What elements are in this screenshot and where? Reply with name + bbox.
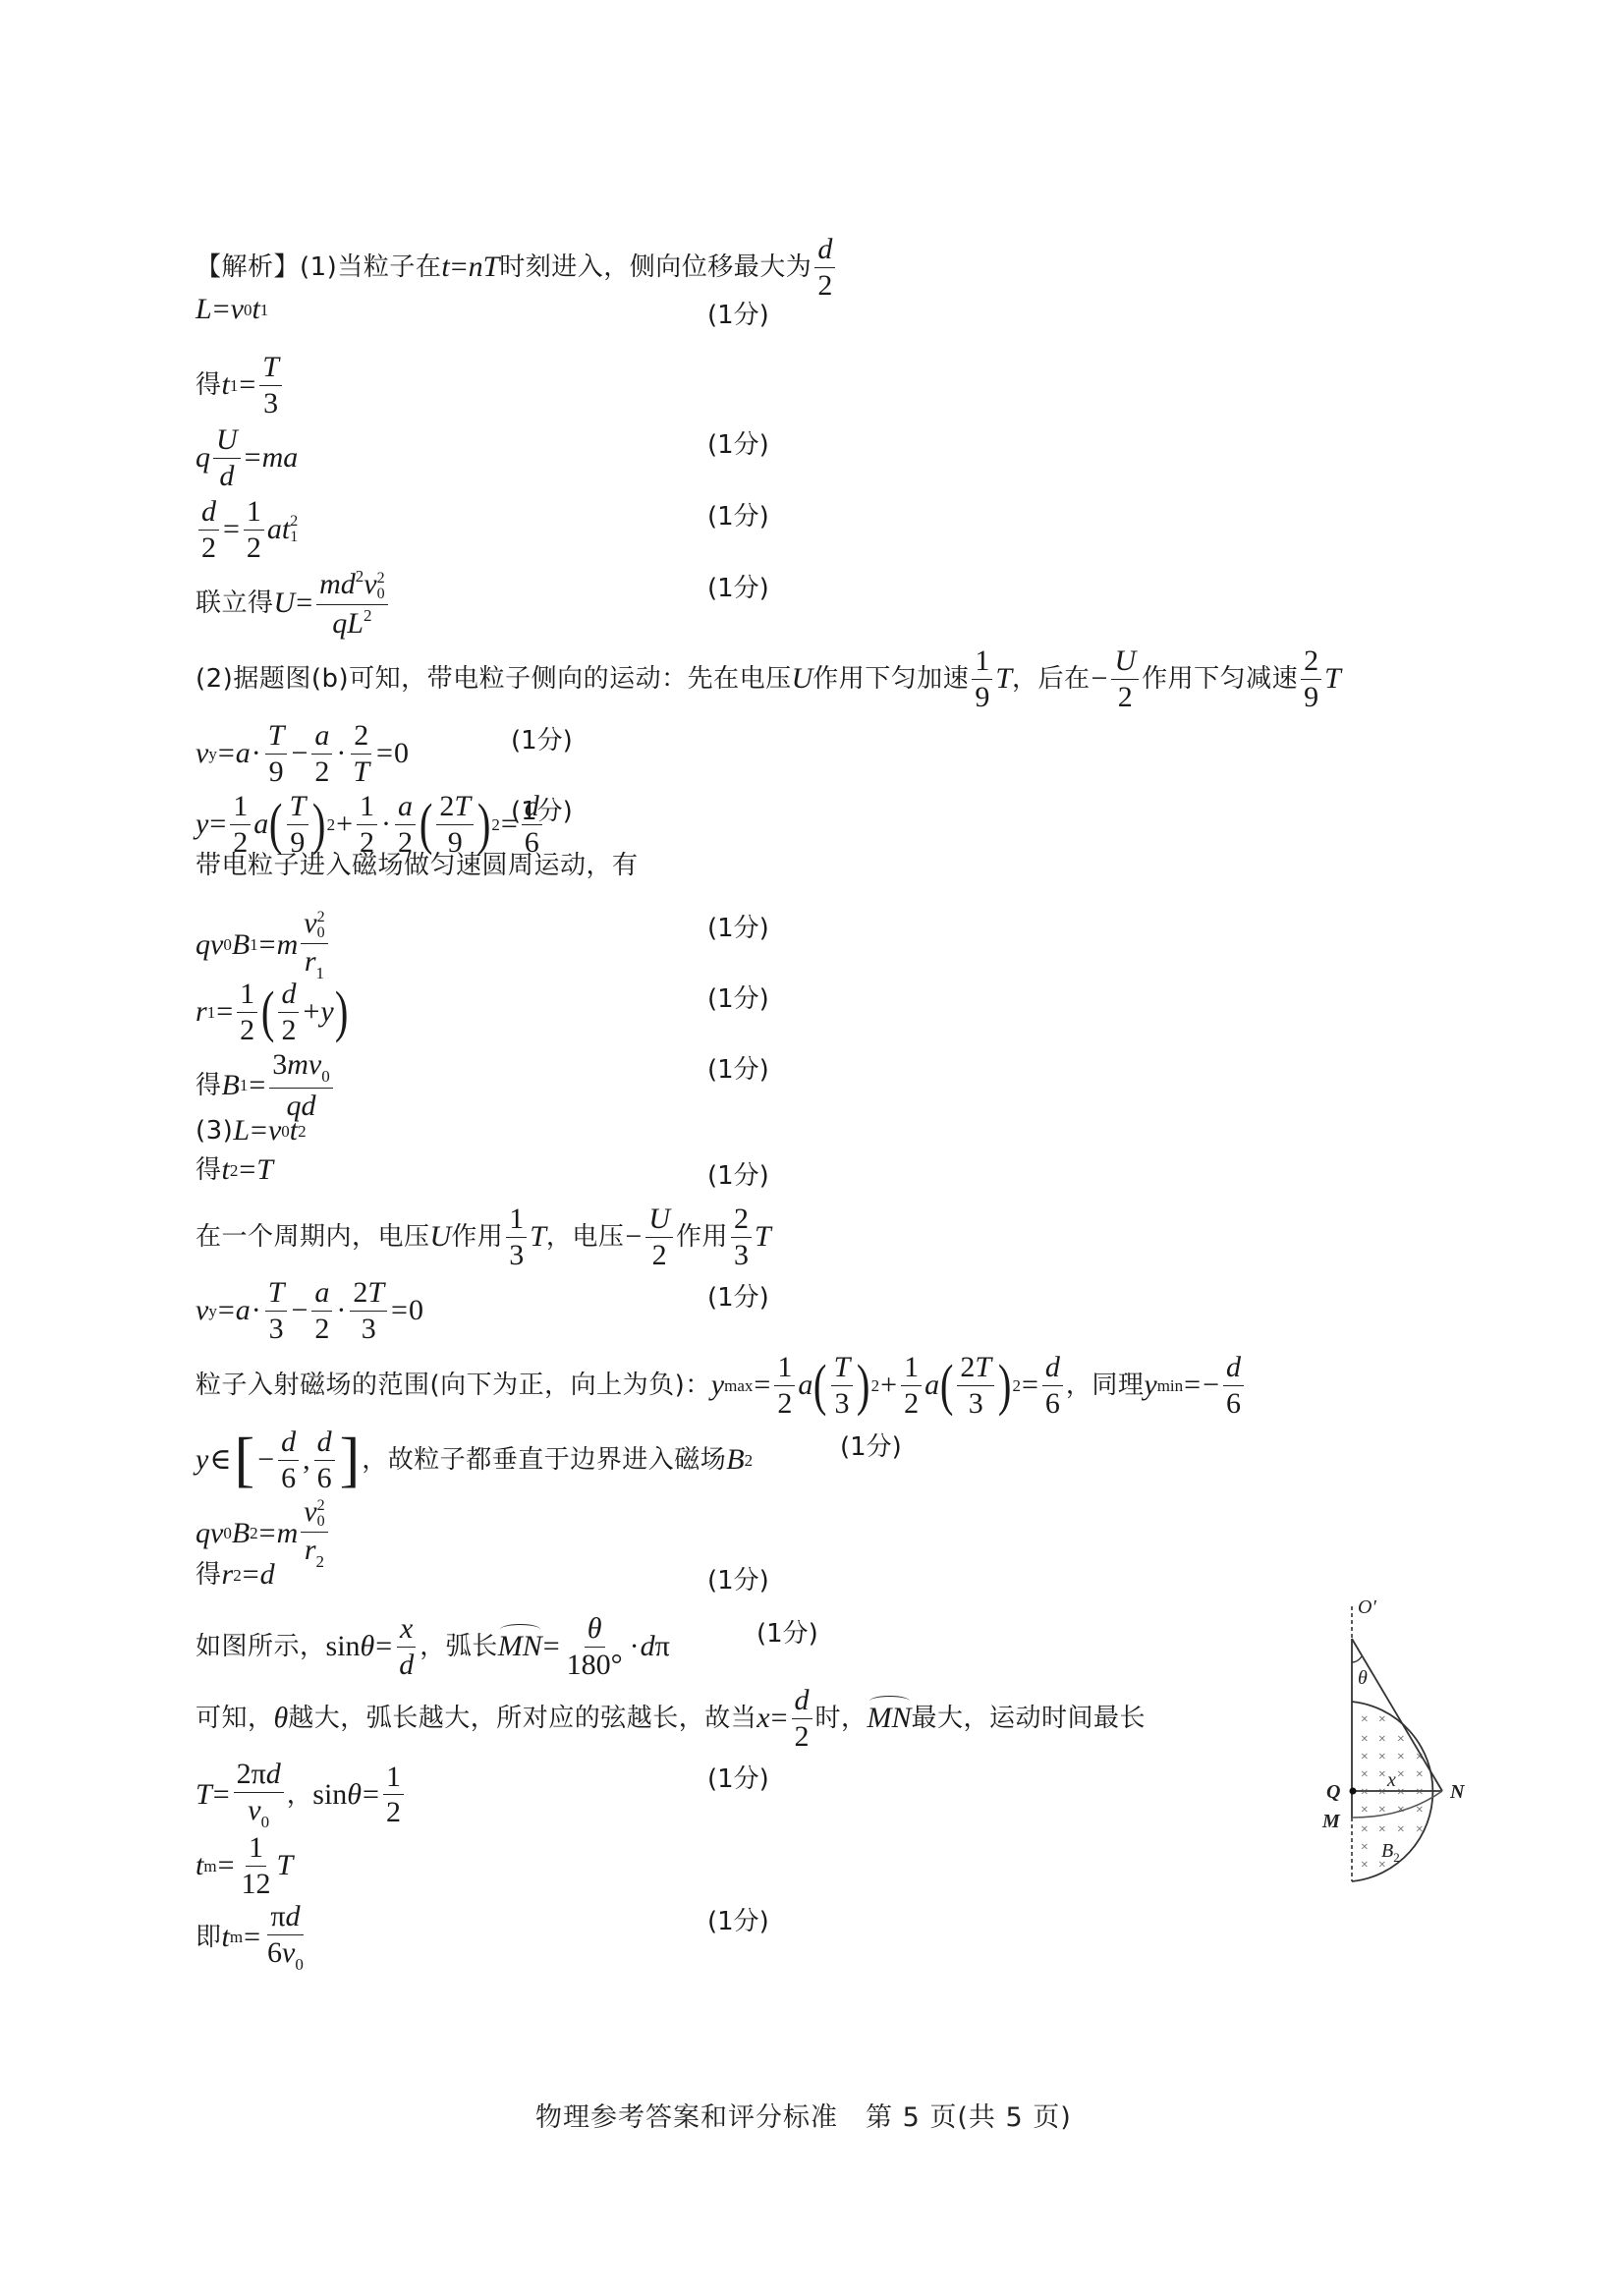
field-into-page-icon: ×: [1360, 1840, 1369, 1855]
field-into-page-icon: ×: [1360, 1732, 1369, 1747]
math-variable: m: [277, 1519, 299, 1548]
math-variable: v: [248, 1794, 260, 1826]
text: 得: [196, 1073, 222, 1098]
solution-line: L=v0t1: [196, 295, 268, 324]
sup-sub: 20: [317, 910, 325, 941]
math-variable: θ: [361, 1632, 375, 1661]
fraction: d6: [1042, 1352, 1063, 1419]
math-operator: ·: [630, 1632, 640, 1661]
math-variable: U: [274, 588, 296, 618]
numerator: T: [259, 352, 282, 386]
math-number: 0: [394, 739, 409, 768]
solution-line: qv0B1=mv20r1: [196, 908, 331, 981]
parenthesis: ): [857, 1357, 870, 1414]
subscript: 1: [207, 1004, 216, 1021]
math-operator: =: [391, 1296, 408, 1325]
denominator: 3: [266, 1312, 287, 1345]
solution-line: 如图所示，sinθ=xd，弧长MN=θ180°·dπ: [196, 1613, 670, 1680]
denominator: 3: [832, 1386, 853, 1420]
math-variable: d: [399, 1649, 414, 1681]
math-variable: d: [1045, 1351, 1060, 1383]
field-into-page-icon: ×: [1396, 1732, 1405, 1747]
math-variable: nT: [469, 252, 500, 282]
field-into-page-icon: ×: [1415, 1822, 1424, 1837]
subscript: 2: [230, 1162, 239, 1179]
fraction: 112: [239, 1832, 274, 1899]
text: 即: [196, 1925, 222, 1950]
solution-line: tm=112T: [196, 1832, 293, 1899]
denominator: 2: [792, 1719, 812, 1753]
math-number: 12: [242, 1868, 271, 1900]
text: 时刻进入，侧向位移最大为: [499, 254, 812, 280]
subscript: 1: [250, 936, 258, 953]
solution-line: 联立得 U=md2v20qL2: [196, 568, 391, 639]
text: 得: [196, 1157, 222, 1183]
math-variable: t: [290, 1116, 298, 1146]
math-variable: a: [253, 810, 268, 839]
text: 在一个周期内，电压: [196, 1224, 430, 1250]
fraction: πd6v0: [264, 1901, 307, 1973]
subscript: min: [1157, 1377, 1183, 1394]
field-into-page-icon: ×: [1377, 1732, 1386, 1747]
denominator: 2: [311, 1312, 332, 1345]
denominator: 3: [966, 1386, 986, 1420]
math-number: 1: [247, 495, 261, 528]
fraction: a2: [311, 720, 332, 787]
subscript: 0: [317, 925, 325, 941]
field-into-page-icon: ×: [1360, 1785, 1369, 1800]
math-number: 2: [1304, 644, 1318, 677]
sup-sub: 20: [317, 1498, 325, 1530]
field-into-page-icon: ×: [1396, 1822, 1405, 1837]
math-number: 2: [1118, 681, 1133, 713]
numerator: 3mv0: [269, 1049, 332, 1089]
math-variable: d: [317, 1426, 332, 1458]
field-into-page-icon: ×: [1360, 1750, 1369, 1764]
fraction: v20r1: [301, 908, 327, 981]
numerator: a: [395, 791, 416, 825]
math-number: π: [655, 1632, 670, 1661]
text: 如图所示，: [196, 1634, 326, 1659]
numerator: 2T: [350, 1277, 387, 1312]
fraction: d2: [278, 979, 299, 1045]
math-variable: T: [268, 1276, 285, 1309]
math-number: 9: [269, 756, 284, 788]
denominator: 2: [237, 1013, 257, 1046]
math-number: π: [270, 1900, 285, 1932]
math-operator: ·: [336, 1296, 346, 1325]
numerator: 2πd: [234, 1759, 284, 1793]
math-variable: B: [222, 1071, 240, 1100]
fraction: 2πdv0: [234, 1759, 284, 1830]
text: 【解析】(1)当粒子在: [196, 254, 441, 280]
text: (2)据题图(b)可知，带电粒子侧向的运动：先在电压: [196, 666, 792, 692]
math-operator: =: [243, 1560, 259, 1590]
score-mark: (1分): [707, 295, 769, 331]
numerator: T: [287, 791, 309, 825]
denominator: 2: [1115, 680, 1136, 713]
math-number: 2: [201, 532, 216, 564]
math-variable: θ: [274, 1704, 289, 1733]
text: 联立得: [196, 590, 274, 616]
superscript: 2: [317, 1498, 325, 1514]
subscript: 2: [298, 1123, 307, 1140]
fraction: 29: [1301, 645, 1321, 712]
math-variable: a: [924, 1371, 939, 1400]
superscript: 2: [356, 567, 364, 586]
math-number: 1: [249, 1831, 263, 1864]
math-variable: U: [792, 664, 813, 694]
math-number: 1: [233, 790, 248, 822]
field-into-page-icon: ×: [1377, 1712, 1386, 1727]
score-mark: (1分): [707, 496, 769, 532]
math-operator: =: [213, 295, 230, 324]
math-variable: y: [711, 1371, 724, 1400]
label-m: M: [1321, 1811, 1341, 1832]
numerator: 2: [351, 720, 371, 755]
math-variable: m: [277, 930, 299, 960]
solution-line: qUd=ma: [196, 424, 298, 491]
math-operator: =: [245, 443, 261, 473]
math-number: 2π: [237, 1758, 266, 1790]
math-variable: T: [367, 1276, 384, 1309]
superscript: 2: [1012, 1377, 1021, 1394]
solution-line: y∈[−d6,d6]，故粒子都垂直于边界进入磁场 B2: [196, 1427, 753, 1493]
subscript: 2: [745, 1452, 754, 1469]
math-number: 1: [509, 1203, 524, 1235]
math-variable: a: [798, 1371, 812, 1400]
numerator: d: [198, 496, 219, 531]
numerator: 1: [972, 645, 992, 680]
text: (3): [196, 1118, 233, 1144]
text: 作用下匀减速: [1142, 666, 1298, 692]
text: ，: [287, 1782, 313, 1808]
field-into-page-icon: ×: [1396, 1750, 1405, 1764]
math-variable: a: [236, 1296, 251, 1325]
field-into-page-icon: ×: [1396, 1767, 1405, 1782]
math-operator: =: [754, 1371, 770, 1400]
math-variable: ma: [262, 443, 299, 473]
denominator: qL2: [329, 605, 374, 640]
math-operator: =: [451, 252, 468, 282]
parenthesis: (: [269, 796, 283, 853]
math-number: 9: [1304, 681, 1318, 713]
math-variable: T: [277, 1851, 294, 1880]
math-variable: d: [219, 460, 234, 492]
subscript: 0: [321, 1067, 330, 1086]
field-into-page-icon: ×: [1415, 1750, 1424, 1764]
math-number: 2: [904, 1387, 919, 1420]
math-operator: −: [1203, 1371, 1219, 1400]
solution-line: vy=a·T3−a2·2T3=0: [196, 1277, 423, 1344]
fraction: md2v20qL2: [316, 568, 388, 639]
subscript: y: [208, 1303, 217, 1319]
text: ，后在: [1012, 666, 1091, 692]
math-operator: ·: [252, 1296, 261, 1325]
fraction: θ180°: [564, 1613, 626, 1680]
fraction: 2T9: [436, 791, 474, 858]
math-number: 2: [734, 1203, 749, 1235]
math-variable: B: [232, 930, 250, 960]
numerator: U: [645, 1203, 673, 1238]
math-number: 2: [817, 269, 832, 302]
semicircle-field-figure: ×××××××××××××××××××××××××××× O′ θ Q M N …: [1297, 1592, 1493, 1916]
math-variable: a: [314, 1276, 329, 1309]
label-x: x: [1386, 1769, 1396, 1791]
field-into-page-icon: ×: [1396, 1785, 1405, 1800]
text: 得: [196, 1562, 222, 1588]
math-operator: −: [291, 739, 308, 768]
score-mark: (1分): [756, 1613, 818, 1650]
subscript: 0: [261, 1813, 270, 1831]
subscript: y: [208, 746, 217, 762]
superscript: 2: [377, 571, 385, 587]
math-number: 9: [975, 681, 989, 713]
math-operator: =: [376, 739, 393, 768]
numerator: md2v20: [316, 568, 388, 605]
math-variable: θ: [588, 1612, 602, 1645]
denominator: 2: [774, 1386, 795, 1420]
math-variable: d: [281, 978, 296, 1010]
denominator: 6: [1042, 1386, 1063, 1420]
math-variable: q: [196, 443, 210, 473]
field-into-page-icon: ×: [1396, 1803, 1405, 1818]
text: 最大，运动时间最长: [912, 1706, 1147, 1731]
subscript: 0: [244, 302, 252, 318]
numerator: 2: [731, 1203, 752, 1238]
numerator: v20: [301, 908, 327, 944]
denominator: r1: [302, 944, 327, 982]
math-operator: =: [1184, 1371, 1201, 1400]
numerator: 1: [230, 791, 251, 825]
numerator: x: [397, 1613, 416, 1648]
denominator: 6v0: [264, 1935, 307, 1974]
math-number: 3: [362, 1313, 376, 1345]
math-variable: v: [282, 1936, 295, 1969]
math-variable: d: [260, 1560, 275, 1590]
math-variable: t: [252, 295, 259, 324]
solution-line: 粒子入射磁场的范围(向下为正，向上为负)：ymax=12a(T3)2+12a(2…: [196, 1352, 1247, 1419]
subscript: 2: [316, 1552, 325, 1571]
score-mark: (1分): [707, 1901, 769, 1937]
fraction: 12: [237, 979, 257, 1045]
numerator: d: [278, 979, 299, 1013]
subscript: 1: [230, 377, 239, 394]
denominator: 2: [244, 531, 264, 564]
fraction: U2: [645, 1203, 673, 1270]
math-variable: d: [281, 1426, 296, 1458]
solution-line: 得 B1=3mv0qd: [196, 1049, 336, 1121]
solution-line: vy=a·T9−a2·2T=0: [196, 720, 409, 787]
math-variable: y: [196, 1445, 208, 1475]
field-into-page-icon: ×: [1360, 1712, 1369, 1727]
fraction: 12: [244, 496, 264, 563]
score-mark: (1分): [707, 568, 769, 604]
math-number: 3: [835, 1387, 850, 1420]
fraction: a2: [311, 1277, 332, 1344]
math-number: 1: [360, 790, 374, 822]
denominator: r2: [302, 1533, 327, 1571]
text: ，电压: [546, 1224, 625, 1250]
text: 作用下匀加速: [812, 666, 969, 692]
solution-line: T=2πdv0，sinθ=12: [196, 1759, 407, 1830]
math-operator: =: [218, 739, 235, 768]
numerator: a: [311, 1277, 332, 1312]
superscript: 2: [290, 514, 298, 530]
parenthesis: ): [312, 796, 326, 853]
math-variable: v: [304, 907, 316, 939]
denominator: 3: [359, 1312, 379, 1345]
math-variable: T: [454, 790, 471, 822]
math-number: 0: [409, 1296, 423, 1325]
subscript: 0: [295, 1955, 304, 1974]
parenthesis: ): [998, 1357, 1012, 1414]
fraction: 2T: [350, 720, 372, 787]
magnetic-field-diagram: ×××××××××××××××××××××××××××× O′ θ Q M N …: [1297, 1592, 1493, 1916]
math-variable: at: [267, 515, 290, 544]
math-variable: T: [196, 1780, 212, 1810]
math-variable: r: [196, 997, 207, 1027]
fraction: U2: [1111, 645, 1139, 712]
field-into-page-icon: ×: [1377, 1750, 1386, 1764]
numerator: U: [1111, 645, 1139, 680]
math-operator: =: [209, 810, 226, 839]
solution-line: 得 r2=d: [196, 1560, 275, 1590]
math-number: 1: [777, 1351, 792, 1383]
subscript: m: [230, 1929, 243, 1945]
math-variable: T: [353, 756, 369, 788]
subscript: 1: [260, 302, 269, 318]
math-operator: ·: [336, 739, 346, 768]
parenthesis: (: [813, 1357, 827, 1414]
fraction: T3: [831, 1352, 854, 1419]
field-into-page-icon: ×: [1360, 1803, 1369, 1818]
math-operator: =: [244, 1923, 260, 1952]
math-variable: y: [1144, 1371, 1156, 1400]
numerator: 1: [246, 1832, 266, 1867]
math-number: 2: [960, 1351, 975, 1383]
denominator: 9: [1301, 680, 1321, 713]
fraction: 12: [230, 791, 251, 858]
math-number: 1: [904, 1351, 919, 1383]
math-operator: =: [1022, 1371, 1038, 1400]
field-into-page-icon: ×: [1415, 1803, 1424, 1818]
math-variable: t: [196, 1851, 203, 1880]
math-number: 180°: [567, 1649, 623, 1681]
solution-line: 可知，θ 越大，弧长越大，所对应的弦越长，故当 x=d2时，MN最大，运动时间最…: [196, 1685, 1146, 1752]
subscript: 0: [223, 1525, 232, 1541]
score-mark: (1分): [707, 1155, 769, 1192]
math-number: 3: [269, 1313, 284, 1345]
math-variable: T: [530, 1222, 546, 1252]
math-variable: d: [817, 233, 832, 265]
text: 得: [196, 372, 222, 398]
math-operator: =: [239, 1155, 255, 1185]
fraction: 13: [506, 1203, 527, 1270]
fraction: 12: [357, 791, 377, 858]
label-n: N: [1449, 1781, 1466, 1803]
denominator: d: [216, 459, 237, 492]
fraction: Ud: [213, 424, 241, 491]
fraction: v20r2: [301, 1496, 327, 1570]
subscript: m: [203, 1858, 216, 1875]
math-variable: U: [430, 1222, 452, 1252]
math-number: 2: [353, 1276, 367, 1309]
subscript: 1: [290, 530, 298, 545]
fraction: 2T3: [957, 1352, 994, 1419]
math-number: 6: [317, 1462, 332, 1494]
math-number: 6: [267, 1936, 282, 1969]
fraction: T9: [265, 720, 288, 787]
math-variable: L: [196, 295, 212, 324]
math-variable: r: [222, 1560, 234, 1590]
score-mark: (1分): [511, 720, 573, 756]
math-number: 2: [354, 719, 368, 752]
denominator: 180°: [564, 1648, 626, 1681]
math-variable: U: [1114, 644, 1136, 677]
math-variable: v: [364, 568, 376, 600]
fraction: T9: [287, 791, 309, 858]
math-variable: d: [795, 1684, 810, 1716]
text: 作用: [676, 1224, 728, 1250]
denominator: 12: [239, 1867, 274, 1900]
solution-line: y=12a(T9)2+12·a2(2T9)2=d6: [196, 791, 545, 858]
math-variable: U: [648, 1203, 670, 1235]
denominator: 6: [314, 1461, 335, 1494]
math-number: 2: [777, 1387, 792, 1420]
math-variable: md: [319, 568, 356, 600]
superscript: 2: [871, 1377, 880, 1394]
text: 粒子入射磁场的范围(向下为正，向上为负)：: [196, 1372, 711, 1398]
field-into-page-icon: ×: [1377, 1803, 1386, 1818]
math-operator: =: [218, 1296, 235, 1325]
math-operator: −: [257, 1445, 274, 1475]
math-variable: x: [400, 1612, 413, 1645]
math-variable: d: [1226, 1351, 1241, 1383]
numerator: πd: [267, 1901, 303, 1935]
numerator: 1: [237, 979, 257, 1013]
math-number: 2: [314, 756, 329, 788]
parenthesis: (: [420, 796, 433, 853]
math-variable: v: [196, 739, 208, 768]
fraction: xd: [396, 1613, 417, 1680]
math-operator: =: [239, 370, 255, 400]
denominator: 2: [649, 1238, 670, 1271]
denominator: v0: [245, 1793, 272, 1831]
denominator: 3: [260, 386, 281, 420]
math-variable: y: [196, 810, 208, 839]
denominator: 9: [972, 680, 992, 713]
math-variable: t: [222, 1155, 230, 1185]
math-variable: mv: [287, 1048, 321, 1081]
math-number: 3: [272, 1048, 287, 1081]
numerator: d: [792, 1685, 812, 1719]
math-operator: =: [363, 1780, 379, 1810]
math-number: 1: [240, 978, 254, 1010]
math-variable: d: [266, 1758, 281, 1790]
score-mark: (1分): [707, 1759, 769, 1795]
math-operator: =: [771, 1704, 788, 1733]
denominator: 2: [383, 1795, 404, 1828]
denominator: 2: [901, 1386, 922, 1420]
numerator: 2T: [957, 1352, 994, 1386]
text: 时，: [815, 1706, 868, 1731]
math-operator: =: [375, 1632, 392, 1661]
field-into-page-icon: ×: [1377, 1785, 1386, 1800]
fraction: T3: [259, 352, 282, 419]
fraction: d6: [314, 1427, 335, 1493]
math-variable: r: [305, 1534, 316, 1566]
